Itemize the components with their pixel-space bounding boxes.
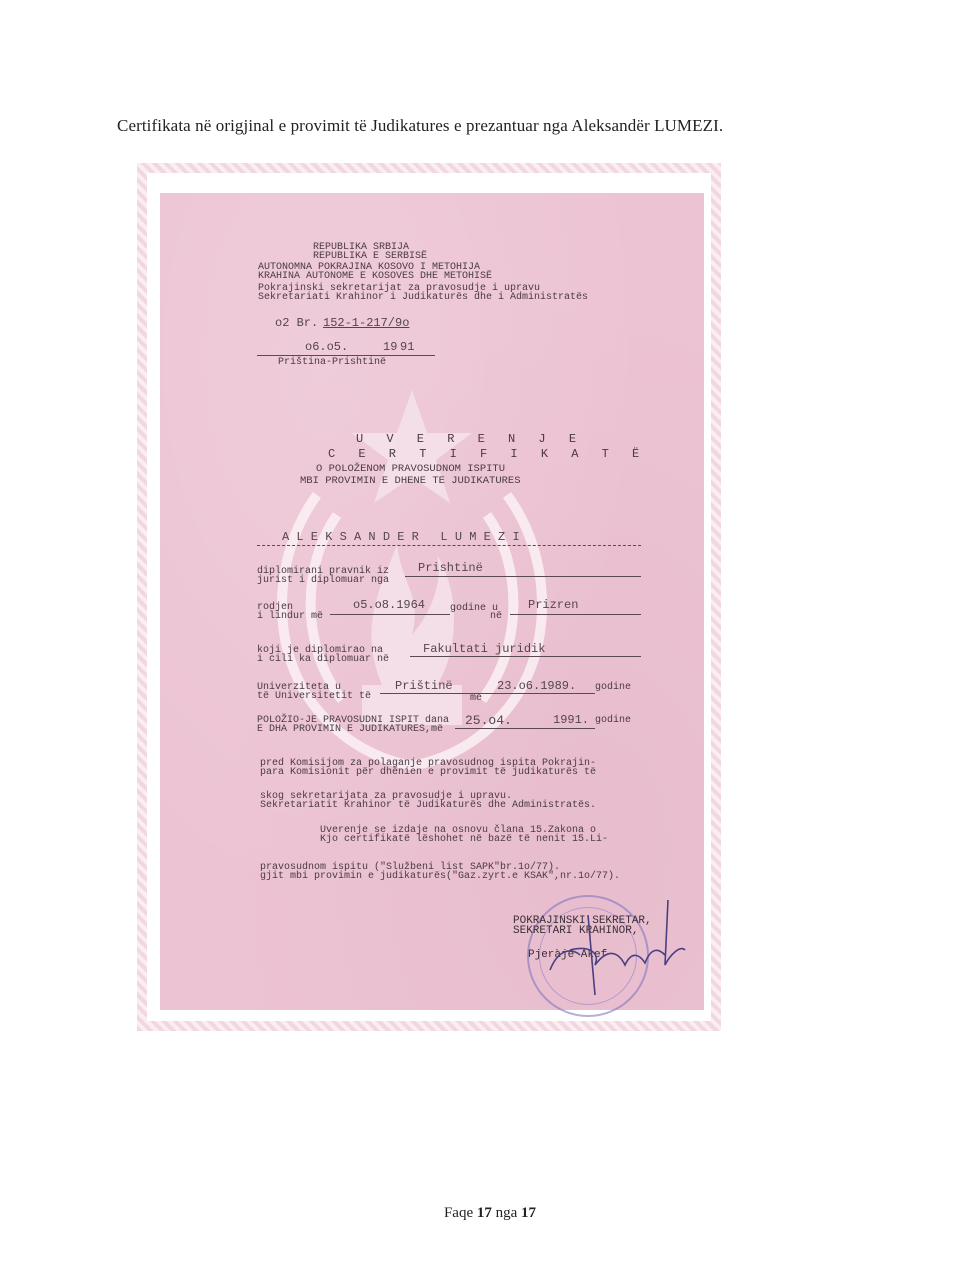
graduate-value: Prishtinë — [418, 561, 483, 575]
body-line-8: gjit mbi provimin e judikaturës("Gaz.zyr… — [260, 872, 620, 882]
ref-prefix: o2 Br. — [275, 316, 318, 330]
faculty-value: Fakultati juridik — [423, 642, 545, 656]
born-label-sq: i lindur më — [257, 612, 323, 622]
university-value: Prištinë — [395, 679, 453, 693]
certificate — [160, 193, 704, 1010]
issue-date: o6.o5. — [305, 340, 348, 354]
header-line-4: KRAHINA AUTONOME E KOSOVES DHE METOHISË — [258, 272, 492, 282]
page-number: Faqe 17 nga 17 — [0, 1205, 980, 1222]
university-label-sq: të Universitetit të — [257, 692, 371, 702]
university-date-label: më — [470, 694, 482, 704]
born-mid-label-sq: në — [490, 612, 502, 622]
header-line-2: REPUBLIKA E SERBISË — [313, 252, 427, 262]
subtitle-sr: O POLOŽENOM PRAVOSUDNOM ISPITU — [316, 464, 505, 474]
holder-name: A L E K S A N D E R L U M E Z I — [282, 530, 520, 544]
body-line-2: para Komisionit për dhënien e provimit t… — [260, 768, 596, 778]
exam-date: 25.o4. — [465, 713, 512, 728]
body-line-4: Sekretariatit Krahinor të Judikaturës dh… — [260, 801, 596, 811]
handwritten-signature-icon — [540, 895, 690, 1005]
header-line-6: Sekretariati Krahinor i Judikaturës dhe … — [258, 293, 588, 303]
graduate-label-sq: jurist i diplomuar nga — [257, 576, 389, 586]
caption: Certifikata në origjinal e provimit të J… — [117, 116, 723, 136]
title-sr: U V E R E N J E — [356, 432, 584, 446]
issue-year-suffix: 91 — [400, 340, 414, 354]
issue-place: Priština-Prishtinë — [278, 358, 386, 368]
university-year-label: godine — [595, 683, 631, 693]
born-place: Prizren — [528, 598, 578, 612]
ref-number: 152-1-217/9o — [323, 316, 409, 330]
exam-year-label: godine — [595, 716, 631, 726]
issue-year-prefix: 19 — [383, 340, 397, 354]
university-date: 23.o6.1989. — [497, 679, 576, 693]
title-sq: C E R T I F I K A T Ë — [328, 447, 647, 461]
exam-label-sq: E DHA PROVIMIN E JUDIKATURES,më — [257, 725, 443, 735]
subtitle-sq: MBI PROVIMIN E DHENE TE JUDIKATURES — [300, 476, 521, 486]
body-line-6: Kjo certifikatë lëshohet në bazë të neni… — [320, 835, 608, 845]
born-date: o5.o8.1964 — [353, 598, 425, 612]
exam-year: 1991. — [553, 713, 589, 727]
faculty-label-sq: i cili ka diplomuar në — [257, 655, 389, 665]
